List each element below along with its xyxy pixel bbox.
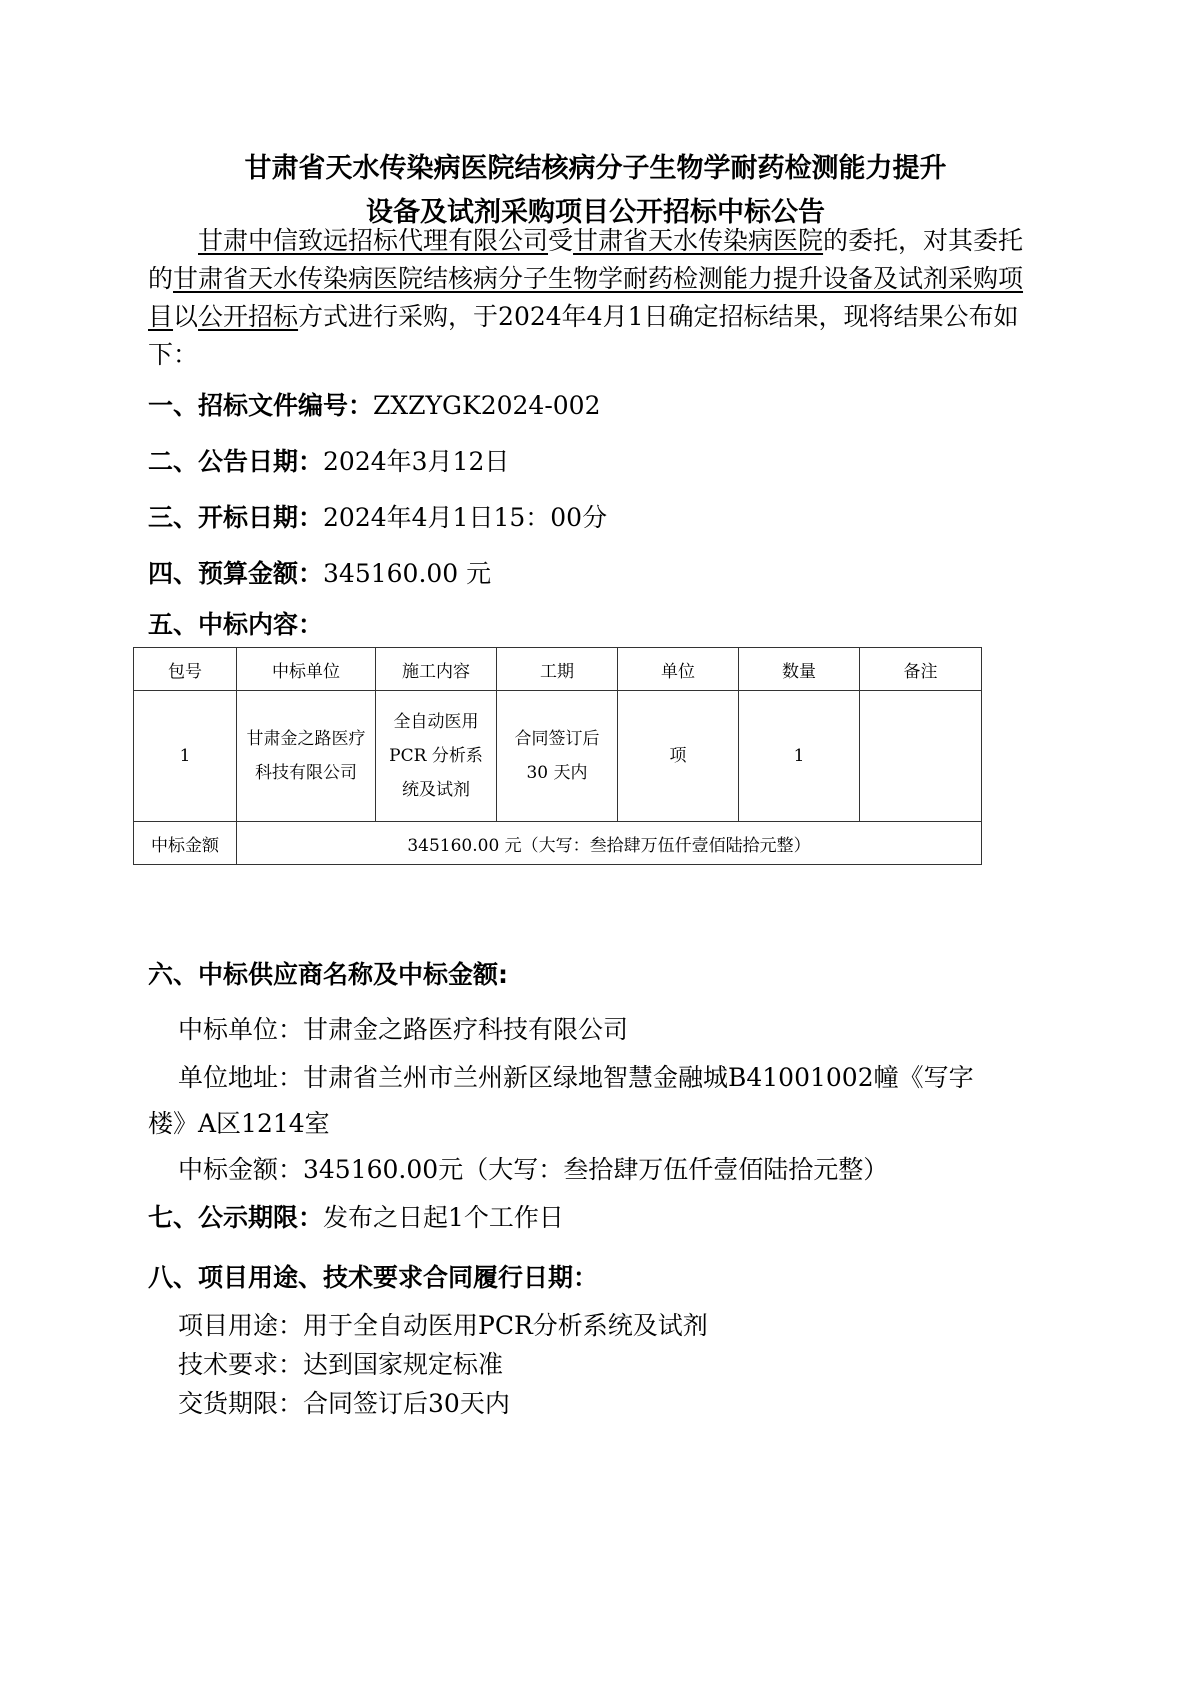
section-label: 六、中标供应商名称及中标金额: [148, 960, 508, 989]
section-label: 一、招标文件编号： [148, 391, 373, 420]
winner-address: 单位地址：甘肃省兰州市兰州新区绿地智慧金融城B41001002幢《写字 [178, 1058, 974, 1094]
header-cell: 工期 [497, 648, 618, 691]
header-cell: 施工内容 [376, 648, 497, 691]
section-label: 三、开标日期： [148, 503, 323, 532]
intro-paragraph: 甘肃中信致远招标代理有限公司受甘肃省天水传染病医院的委托，对其委托的甘肃省天水传… [148, 222, 1048, 374]
bid-number: ZXZYGK2024-002 [373, 391, 600, 420]
cell-unit: 项 [618, 691, 739, 822]
section-label: 七、公示期限： [148, 1203, 323, 1232]
section-6: 六、中标供应商名称及中标金额: [148, 955, 508, 991]
client-name: 甘肃省天水传染病医院 [573, 226, 823, 255]
cell-remark [860, 691, 982, 822]
agent-name: 甘肃中信致远招标代理有限公司 [198, 226, 548, 255]
section-5: 五、中标内容： [148, 605, 323, 641]
section-1: 一、招标文件编号：ZXZYGK2024-002 [148, 386, 601, 422]
header-cell: 备注 [860, 648, 982, 691]
table-row: 1 甘肃金之路医疗科技有限公司 全自动医用PCR 分析系统及试剂 合同签订后30… [134, 691, 982, 822]
footer-amount: 345160.00 元（大写：叁拾肆万伍仟壹佰陆拾元整） [237, 822, 982, 865]
header-cell: 单位 [618, 648, 739, 691]
project-use: 项目用途：用于全自动医用PCR分析系统及试剂 [178, 1306, 708, 1342]
budget: 345160.00 元 [323, 559, 491, 588]
method: 公开招标 [198, 302, 298, 331]
title-line-1: 甘肃省天水传染病医院结核病分子生物学耐药检测能力提升 [0, 146, 1191, 185]
open-date: 2024年4月1日15：00分 [323, 503, 607, 532]
winner-name: 中标单位：甘肃金之路医疗科技有限公司 [178, 1010, 628, 1046]
tech-requirement: 技术要求：达到国家规定标准 [178, 1345, 503, 1381]
announce-date: 2024年3月12日 [323, 447, 509, 476]
notice-period: 发布之日起1个工作日 [323, 1203, 564, 1232]
header-cell: 数量 [739, 648, 860, 691]
table-header-row: 包号 中标单位 施工内容 工期 单位 数量 备注 [134, 648, 982, 691]
section-8: 八、项目用途、技术要求合同履行日期： [148, 1258, 598, 1294]
header-cell: 包号 [134, 648, 237, 691]
section-label: 八、项目用途、技术要求合同履行日期： [148, 1263, 598, 1292]
table-footer-row: 中标金额 345160.00 元（大写：叁拾肆万伍仟壹佰陆拾元整） [134, 822, 982, 865]
cell-period: 合同签订后30 天内 [497, 691, 618, 822]
footer-label: 中标金额 [134, 822, 237, 865]
section-7: 七、公示期限：发布之日起1个工作日 [148, 1198, 564, 1234]
header-cell: 中标单位 [237, 648, 376, 691]
delivery-period: 交货期限：合同签订后30天内 [178, 1384, 510, 1420]
cell-winner: 甘肃金之路医疗科技有限公司 [237, 691, 376, 822]
section-label: 二、公告日期： [148, 447, 323, 476]
award-table: 包号 中标单位 施工内容 工期 单位 数量 备注 1 甘肃金之路医疗科技有限公司… [133, 647, 982, 865]
document-page: 甘肃省天水传染病医院结核病分子生物学耐药检测能力提升 设备及试剂采购项目公开招标… [0, 0, 1191, 1684]
cell-package: 1 [134, 691, 237, 822]
intro-text: 以 [173, 302, 198, 331]
cell-quantity: 1 [739, 691, 860, 822]
section-label: 五、中标内容： [148, 610, 323, 639]
section-2: 二、公告日期：2024年3月12日 [148, 442, 509, 478]
section-4: 四、预算金额：345160.00 元 [148, 554, 491, 590]
winner-address-cont: 楼》A区1214室 [148, 1104, 330, 1140]
section-label: 四、预算金额： [148, 559, 323, 588]
section-3: 三、开标日期：2024年4月1日15：00分 [148, 498, 607, 534]
cell-content: 全自动医用PCR 分析系统及试剂 [376, 691, 497, 822]
intro-text: 受 [548, 226, 573, 255]
winner-amount: 中标金额：345160.00元（大写：叁拾肆万伍仟壹佰陆拾元整） [178, 1150, 888, 1186]
